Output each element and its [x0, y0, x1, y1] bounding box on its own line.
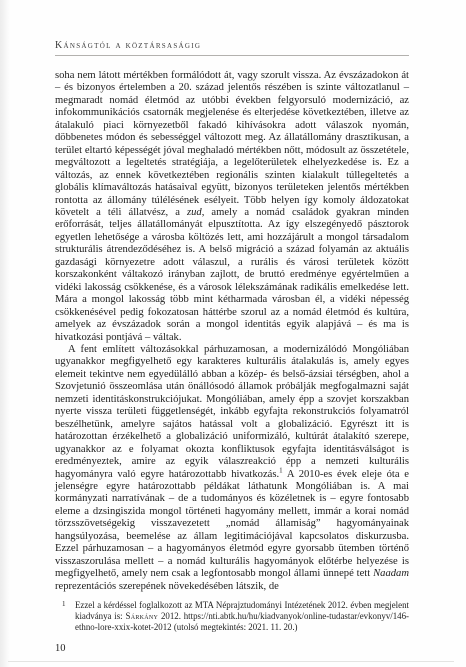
footnote-text: Ezzel a kérdéssel foglalkozott az MTA Né… — [75, 600, 409, 632]
footnote-marker: 1 — [62, 599, 66, 610]
text-run: Sárkány — [125, 611, 158, 621]
text-run: , amely a nomád családok gyakran minden … — [55, 207, 409, 343]
book-page: Kánságtól a köztársaságig soha nem látot… — [55, 40, 409, 654]
text-run: reprezentációs szerepének növekedésében … — [55, 581, 279, 592]
page-bottom-edge-line — [8, 661, 454, 662]
paragraph-1: soha nem látott mértékben formálódott át… — [55, 70, 409, 344]
page-left-edge-shadow — [0, 0, 10, 667]
paragraph-2: A fent említett változásokkal párhuzamos… — [55, 344, 409, 593]
text-run: soha nem látott mértékben formálódott át… — [55, 70, 409, 218]
page-number: 10 — [55, 643, 409, 654]
text-run: zud — [187, 207, 202, 218]
running-header: Kánságtól a köztársaságig — [55, 40, 409, 56]
text-run: Naadam — [373, 568, 409, 579]
footnote: 1 Ezzel a kérdéssel foglalkozott az MTA … — [55, 600, 409, 634]
body-text: soha nem látott mértékben formálódott át… — [55, 70, 409, 593]
text-run: A fent említett változásokkal párhuzamos… — [55, 344, 409, 480]
running-header-title: Kánságtól a köztársaságig — [55, 40, 201, 51]
text-run: A 2010-es évek eleje óta e jelenségre eg… — [55, 469, 409, 580]
